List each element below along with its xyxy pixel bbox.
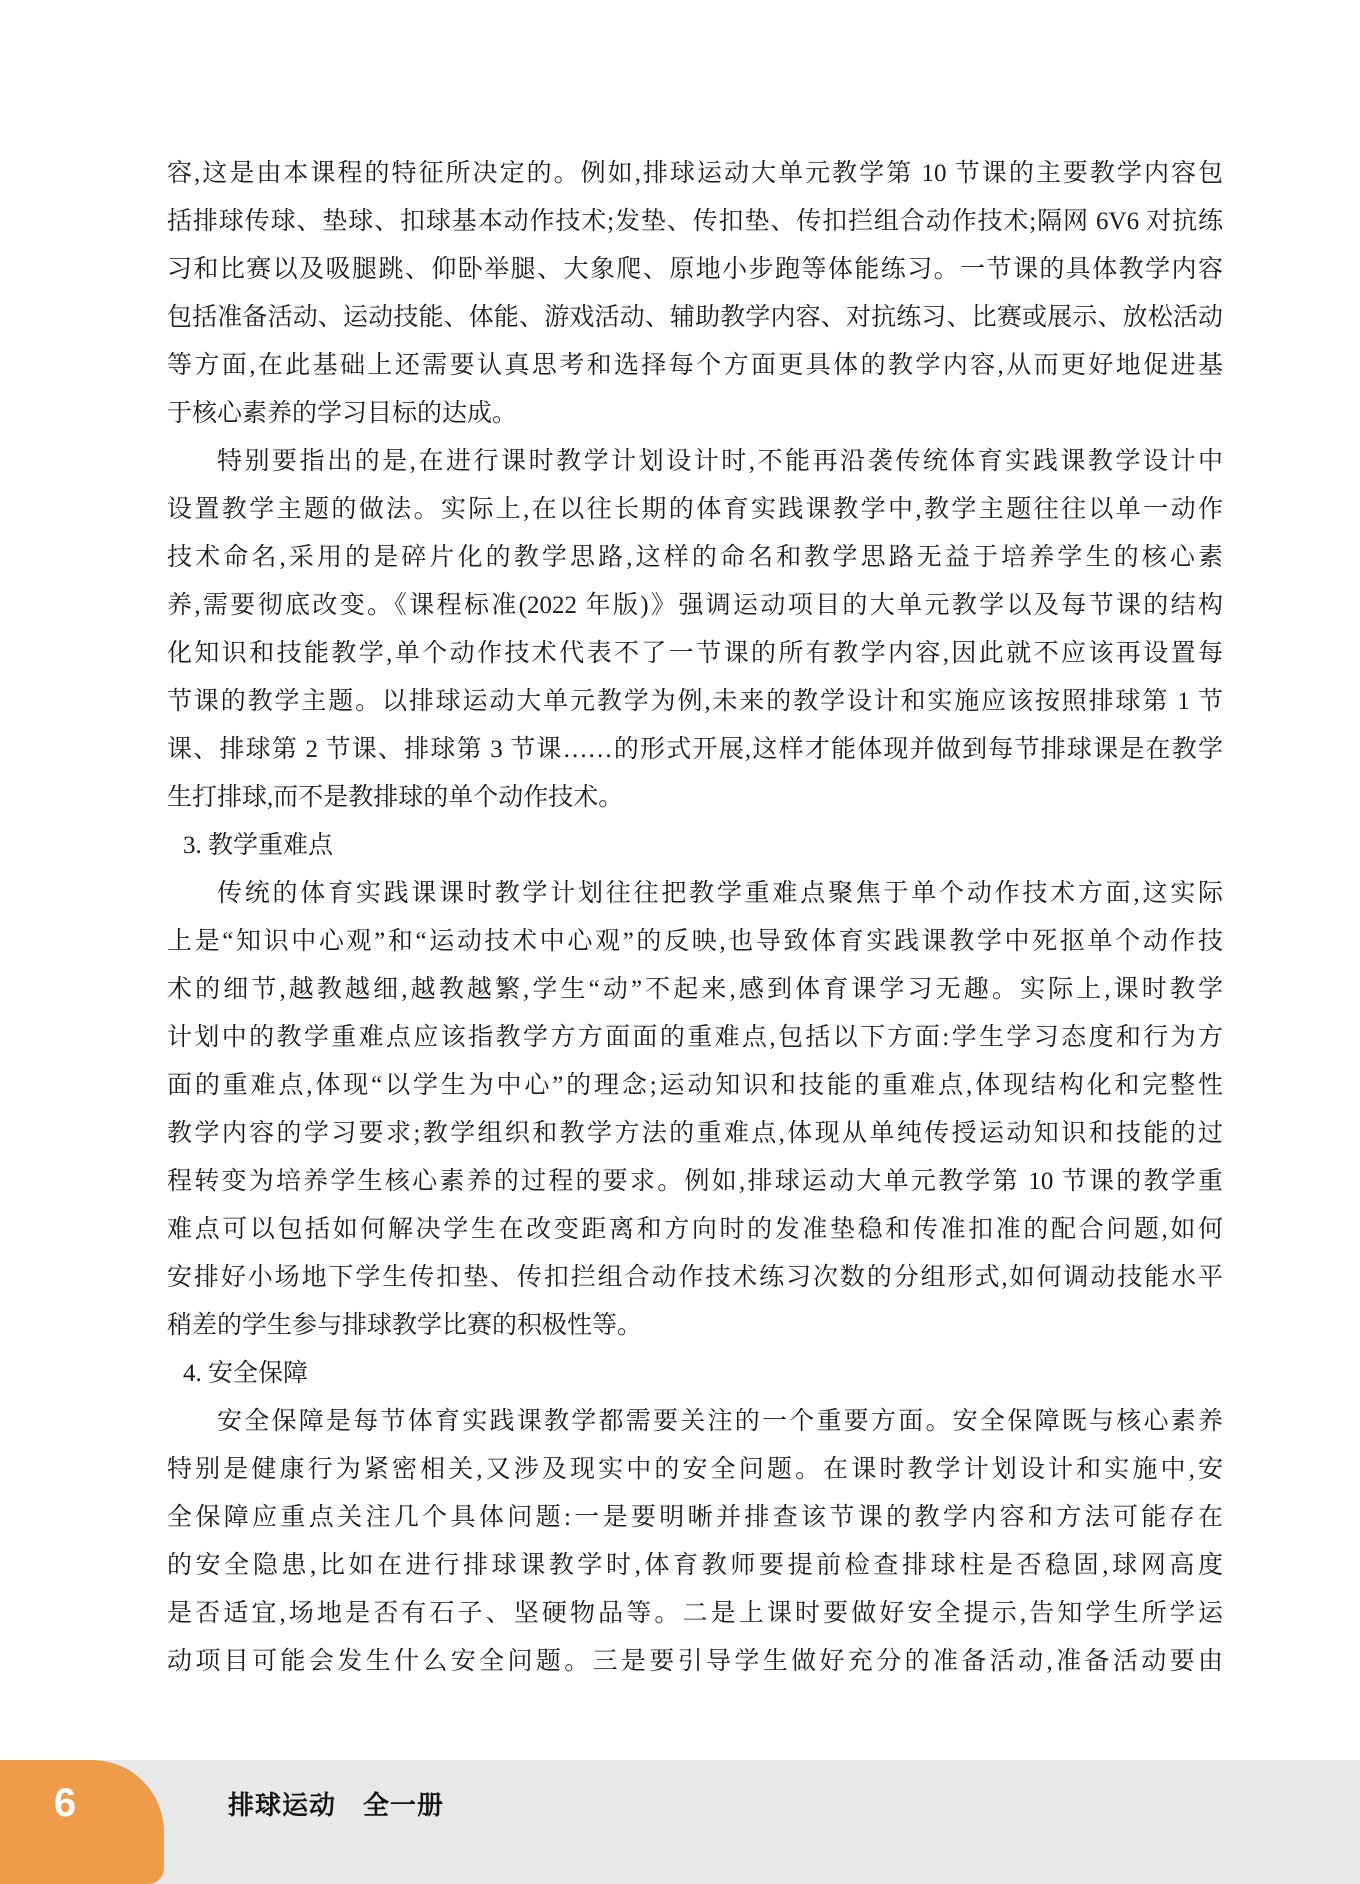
text-line: 包括准备活动、运动技能、体能、游戏活动、辅助教学内容、对抗练习、比赛或展示、放松…	[167, 294, 1223, 342]
text-line: 稍差的学生参与排球教学比赛的积极性等。	[167, 1302, 1223, 1350]
text-line: 传统的体育实践课课时教学计划往往把教学重难点聚焦于单个动作技术方面,这实际	[167, 870, 1223, 918]
text-line: 的安全隐患,比如在进行排球课教学时,体育教师要提前检查排球柱是否稳固,球网高度	[167, 1542, 1223, 1590]
text-line: 容,这是由本课程的特征所决定的。例如,排球运动大单元教学第 10 节课的主要教学…	[167, 150, 1223, 198]
text-line: 节课的教学主题。以排球运动大单元教学为例,未来的教学设计和实施应该按照排球第 1…	[167, 678, 1223, 726]
text-line: 于核心素养的学习目标的达成。	[167, 390, 1223, 438]
text-line: 特别要指出的是,在进行课时教学计划设计时,不能再沿袭传统体育实践课教学设计中	[167, 438, 1223, 486]
text-line: 术的细节,越教越细,越教越繁,学生“动”不起来,感到体育课学习无趣。实际上,课时…	[167, 966, 1223, 1014]
book-page: 容,这是由本课程的特征所决定的。例如,排球运动大单元教学第 10 节课的主要教学…	[0, 0, 1360, 1884]
text-line: 计划中的教学重难点应该指教学方方面面的重难点,包括以下方面:学生学习态度和行为方	[167, 1014, 1223, 1062]
text-line: 安排好小场地下学生传扣垫、传扣拦组合动作技术练习次数的分组形式,如何调动技能水平	[167, 1254, 1223, 1302]
text-line: 设置教学主题的做法。实际上,在以往长期的体育实践课教学中,教学主题往往以单一动作	[167, 486, 1223, 534]
text-line: 特别是健康行为紧密相关,又涉及现实中的安全问题。在课时教学计划设计和实施中,安	[167, 1446, 1223, 1494]
text-line: 括排球传球、垫球、扣球基本动作技术;发垫、传扣垫、传扣拦组合动作技术;隔网 6V…	[167, 198, 1223, 246]
text-line: 难点可以包括如何解决学生在改变距离和方向时的发准垫稳和传准扣准的配合问题,如何	[167, 1206, 1223, 1254]
text-line: 教学内容的学习要求;教学组织和教学方法的重难点,体现从单纯传授运动知识和技能的过	[167, 1110, 1223, 1158]
body-text: 容,这是由本课程的特征所决定的。例如,排球运动大单元教学第 10 节课的主要教学…	[167, 150, 1223, 1686]
text-line: 技术命名,采用的是碎片化的教学思路,这样的命名和教学思路无益于培养学生的核心素	[167, 534, 1223, 582]
text-line: 养,需要彻底改变。《课程标准(2022 年版)》强调运动项目的大单元教学以及每节…	[167, 582, 1223, 630]
text-line: 程转变为培养学生核心素养的过程的要求。例如,排球运动大单元教学第 10 节课的教…	[167, 1158, 1223, 1206]
book-title: 排球运动 全一册	[228, 1790, 444, 1820]
text-line: 安全保障是每节体育实践课教学都需要关注的一个重要方面。安全保障既与核心素养	[167, 1398, 1223, 1446]
text-line: 课、排球第 2 节课、排球第 3 节课……的形式开展,这样才能体现并做到每节排球…	[167, 726, 1223, 774]
text-line: 化知识和技能教学,单个动作技术代表不了一节课的所有教学内容,因此就不应该再设置每	[167, 630, 1223, 678]
text-line: 等方面,在此基础上还需要认真思考和选择每个方面更具体的教学内容,从而更好地促进基	[167, 342, 1223, 390]
text-line: 上是“知识中心观”和“运动技术中心观”的反映,也导致体育实践课教学中死抠单个动作…	[167, 918, 1223, 966]
section-heading-line: 3. 教学重难点	[167, 822, 1223, 870]
text-line: 习和比赛以及吸腿跳、仰卧举腿、大象爬、原地小步跑等体能练习。一节课的具体教学内容	[167, 246, 1223, 294]
text-line: 动项目可能会发生什么安全问题。三是要引导学生做好充分的准备活动,准备活动要由	[167, 1638, 1223, 1686]
section-heading-line: 4. 安全保障	[167, 1350, 1223, 1398]
text-line: 全保障应重点关注几个具体问题:一是要明晰并排查该节课的教学内容和方法可能存在	[167, 1494, 1223, 1542]
text-line: 是否适宜,场地是否有石子、坚硬物品等。二是上课时要做好安全提示,告知学生所学运	[167, 1590, 1223, 1638]
footer-band	[0, 1760, 1360, 1884]
text-line: 面的重难点,体现“以学生为中心”的理念;运动知识和技能的重难点,体现结构化和完整…	[167, 1062, 1223, 1110]
text-line: 生打排球,而不是教排球的单个动作技术。	[167, 774, 1223, 822]
page-number: 6	[0, 1781, 130, 1825]
